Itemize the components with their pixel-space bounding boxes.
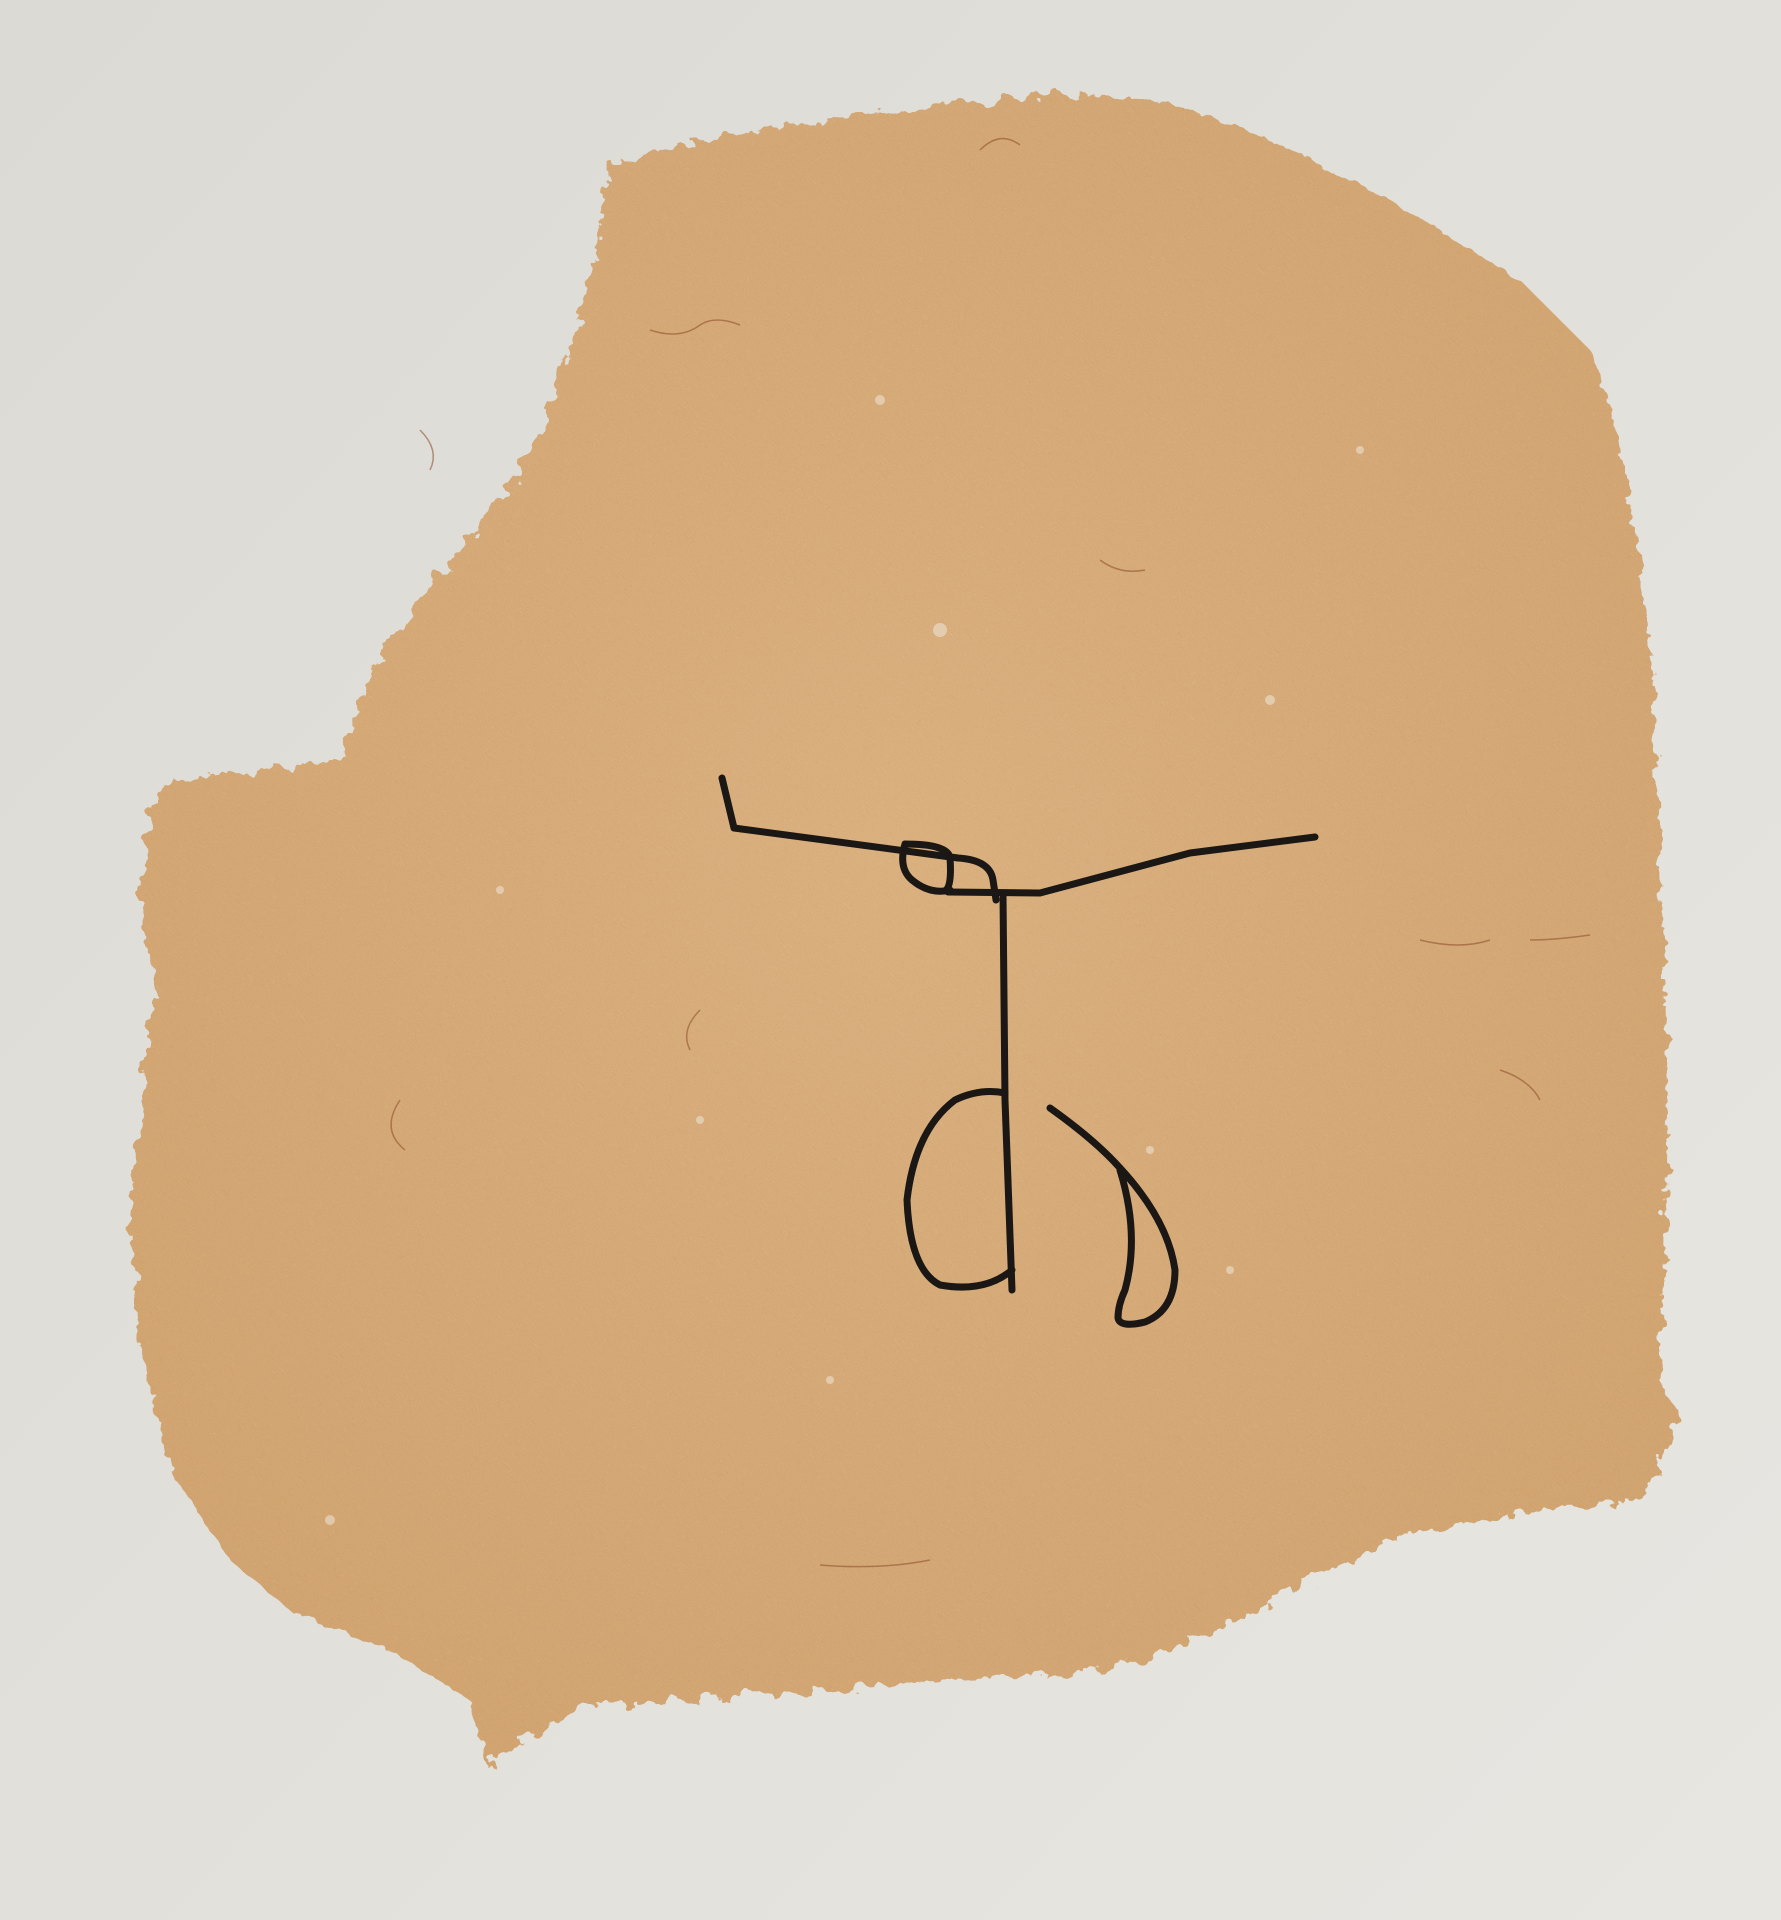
photograph: Photograph of a torn piece of tan handma…	[0, 0, 1781, 1920]
photo-canvas	[0, 0, 1781, 1920]
